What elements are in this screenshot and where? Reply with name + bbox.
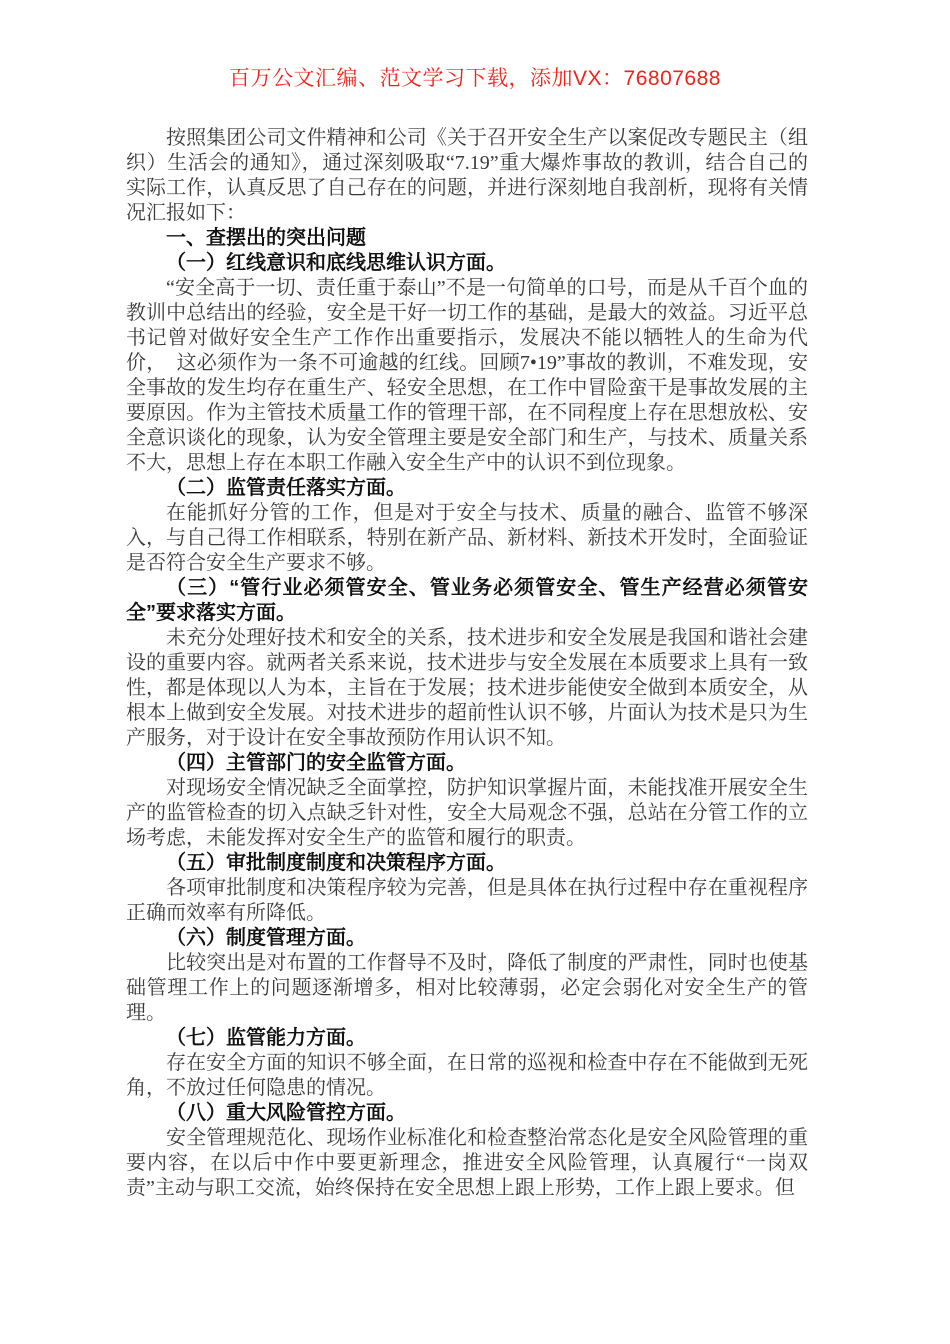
paragraph-item-4: 对现场安全情况缺乏全面掌控，防护知识掌握片面，未能找准开展安全生产的监管检查的切…	[126, 776, 808, 851]
paragraph-item-3: 未充分处理好技术和安全的关系，技术进步和安全发展是我国和谐社会建设的重要内容。就…	[126, 626, 808, 751]
paragraph-item-8: 安全管理规范化、现场作业标准化和检查整治常态化是安全风险管理的重要内容，在以后中…	[126, 1126, 808, 1201]
paragraph-item-2: 在能抓好分管的工作，但是对于安全与技术、质量的融合、监管不够深入，与自己得工作相…	[126, 501, 808, 576]
heading-item-6: （六）制度管理方面。	[126, 926, 808, 951]
heading-item-2: （二）监管责任落实方面。	[126, 476, 808, 501]
heading-item-5: （五）审批制度制度和决策程序方面。	[126, 851, 808, 876]
heading-item-8: （八）重大风险管控方面。	[126, 1101, 808, 1126]
paragraph-intro: 按照集团公司文件精神和公司《关于召开安全生产以案促改专题民主（组织）生活会的通知…	[126, 126, 808, 226]
paragraph-item-5: 各项审批制度和决策程序较为完善，但是具体在执行过程中存在重视程序正确而效率有所降…	[126, 876, 808, 926]
document-body: 按照集团公司文件精神和公司《关于召开安全生产以案促改专题民主（组织）生活会的通知…	[126, 126, 808, 1201]
heading-item-4: （四）主管部门的安全监管方面。	[126, 751, 808, 776]
heading-item-7: （七）监管能力方面。	[126, 1026, 808, 1051]
paragraph-item-7: 存在安全方面的知识不够全面，在日常的巡视和检查中存在不能做到无死角，不放过任何隐…	[126, 1051, 808, 1101]
promo-header-text: 百万公文汇编、范文学习下载，添加VX：76807688	[0, 0, 950, 92]
heading-item-1: （一）红线意识和底线思维认识方面。	[126, 251, 808, 276]
heading-section-one: 一、查摆出的突出问题	[126, 226, 808, 251]
document-page: 百万公文汇编、范文学习下载，添加VX：76807688 按照集团公司文件精神和公…	[0, 0, 950, 1344]
heading-item-3: （三）“管行业必须管安全、管业务必须管安全、管生产经营必须管安全”要求落实方面。	[126, 576, 808, 626]
paragraph-item-6: 比较突出是对布置的工作督导不及时，降低了制度的严肃性，同时也使基础管理工作上的问…	[126, 951, 808, 1026]
paragraph-item-1: “安全高于一切、责任重于泰山”不是一句简单的口号，而是从千百个血的教训中总结出的…	[126, 276, 808, 476]
